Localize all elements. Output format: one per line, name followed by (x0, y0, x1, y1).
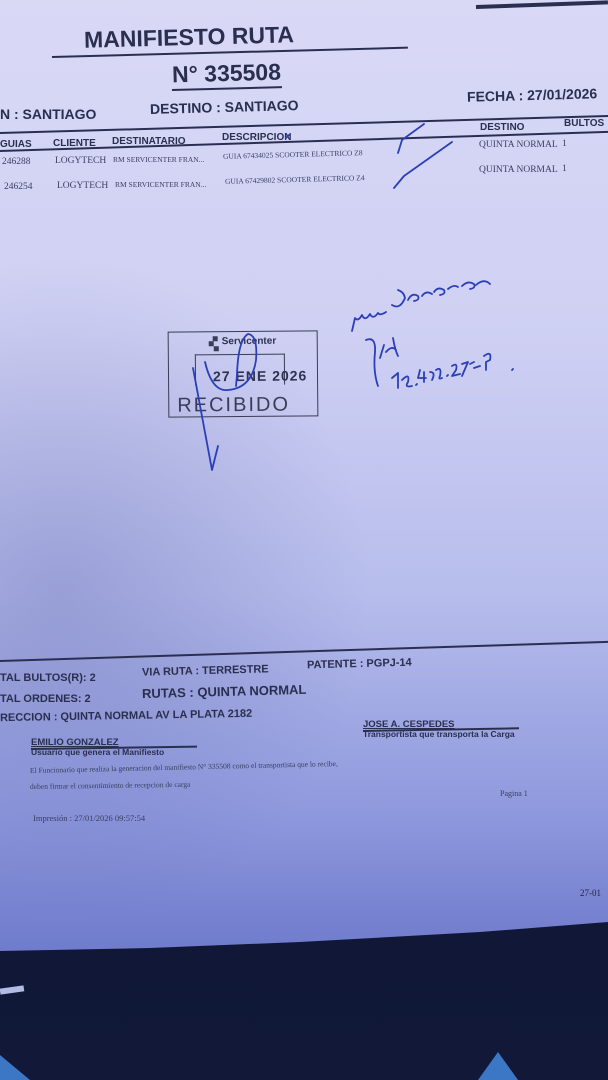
corner-date: 27-01 (580, 888, 601, 898)
handwritten-rut (392, 354, 513, 388)
check-mark-icon (394, 142, 452, 188)
pen-annotations (0, 0, 608, 1080)
signature-loop (205, 334, 256, 390)
carrier-role: Transportista que transporta la Carga (363, 729, 515, 739)
check-mark-icon (398, 124, 424, 153)
generator-role: Usuario que genera el Manifiesto (31, 747, 164, 757)
print-timestamp: Impresión : 27/01/2026 09:57:54 (33, 813, 145, 823)
total-ordenes: TAL ORDENES: 2 (0, 693, 91, 705)
page-number: Pagina 1 (500, 789, 528, 798)
handwritten-initials (366, 338, 398, 386)
total-bultos: TAL BULTOS(R): 2 (0, 672, 96, 684)
handwritten-name (352, 281, 490, 331)
